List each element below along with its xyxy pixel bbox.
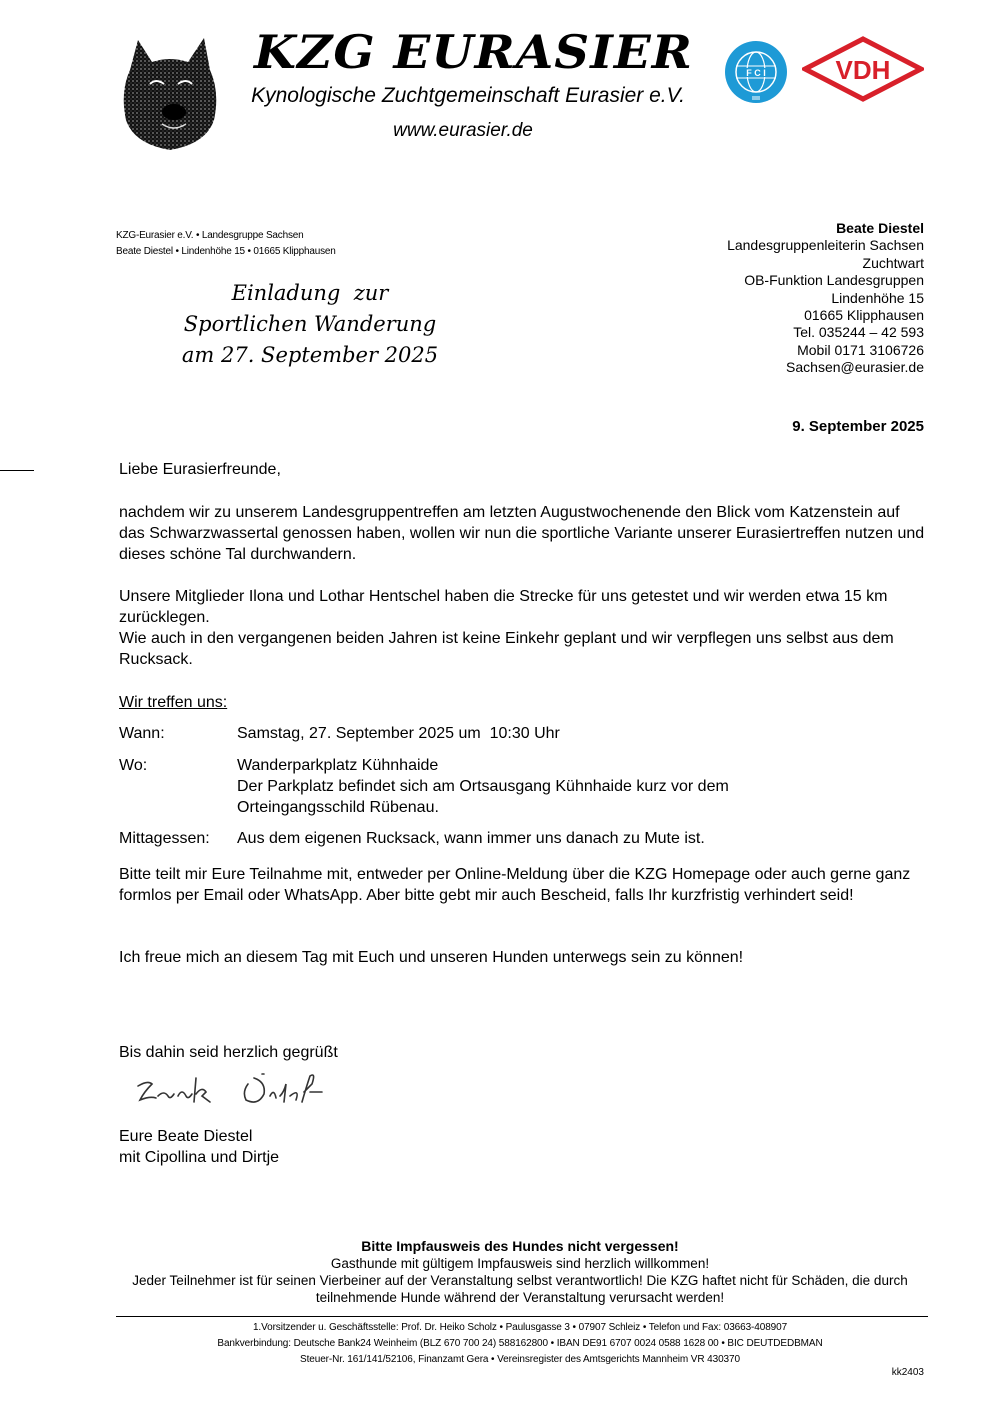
fold-mark [0, 470, 34, 471]
notice-guests: Gasthunde mit gültigem Impfausweis sind … [110, 1255, 930, 1272]
contact-mobile: Mobil 0171 3106726 [727, 342, 924, 359]
eurasier-dog-head-icon [116, 32, 224, 152]
sender-return-address: KZG-Eurasier e.V. • Landesgruppe Sachsen… [116, 228, 336, 260]
svg-text:VDH: VDH [836, 55, 891, 85]
where-value-line-1: Wanderparkplatz Kühnhaide [237, 755, 817, 776]
footer-bank: Bankverbindung: Deutsche Bank24 Weinheim… [110, 1336, 930, 1352]
where-value: Wanderparkplatz Kühnhaide Der Parkplatz … [237, 755, 817, 818]
footer-divider [116, 1316, 928, 1317]
paragraph-1: nachdem wir zu unserem Landesgruppentref… [119, 502, 929, 565]
notice-liability-2: teilnehmende Hunde während der Veranstal… [110, 1289, 930, 1306]
fci-logo-icon: F C I [724, 40, 788, 104]
paragraph-3: Bitte teilt mir Eure Teilnahme mit, entw… [119, 864, 929, 906]
sender-line-1: KZG-Eurasier e.V. • Landesgruppe Sachsen [116, 228, 336, 244]
contact-block: Beate Diestel Landesgruppenleiterin Sach… [727, 220, 924, 377]
notice-liability-1: Jeder Teilnehmer ist für seinen Vierbein… [110, 1272, 930, 1289]
letter-date: 9. September 2025 [792, 418, 924, 435]
notice-headline: Bitte Impfausweis des Hundes nicht verge… [110, 1238, 930, 1255]
signature-icon [130, 1066, 350, 1114]
invitation-line-3: am 27. September 2025 [160, 340, 460, 371]
footer-register: Steuer-Nr. 161/141/52106, Finanzamt Gera… [110, 1352, 930, 1368]
paragraph-4: Ich freue mich an diesem Tag mit Euch un… [119, 947, 929, 968]
document-code: kk2403 [892, 1367, 924, 1378]
greeting: Liebe Eurasierfreunde, [119, 459, 929, 480]
svg-text:F C I: F C I [746, 68, 766, 78]
contact-email[interactable]: Sachsen@eurasier.de [727, 359, 924, 376]
signer-block: Eure Beate Diestel mit Cipollina und Dir… [119, 1126, 929, 1168]
sender-line-2: Beate Diestel • Lindenhöhe 15 • 01665 Kl… [116, 244, 336, 260]
contact-role: Landesgruppenleiterin Sachsen [727, 237, 924, 254]
signer-name: Eure Beate Diestel [119, 1126, 929, 1147]
contact-phone: Tel. 035244 – 42 593 [727, 324, 924, 341]
paragraph-2-part-b: Wie auch in den vergangenen beiden Jahre… [119, 628, 929, 670]
when-value: Samstag, 27. September 2025 um 10:30 Uhr [237, 723, 917, 744]
contact-role-2: Zuchtwart [727, 255, 924, 272]
contact-role-3: OB-Funktion Landesgruppen [727, 272, 924, 289]
contact-street: Lindenhöhe 15 [727, 290, 924, 307]
contact-city: 01665 Klipphausen [727, 307, 924, 324]
lunch-value: Aus dem eigenen Rucksack, wann immer uns… [237, 828, 917, 849]
closing: Bis dahin seid herzlich gegrüßt [119, 1042, 929, 1063]
vaccination-notice: Bitte Impfausweis des Hundes nicht verge… [110, 1238, 930, 1306]
paragraph-2-part-a: Unsere Mitglieder Ilona und Lothar Hents… [119, 586, 929, 628]
when-label: Wann: [119, 723, 237, 744]
invitation-line-1: Einladung zur [160, 278, 460, 309]
invitation-title: Einladung zur Sportlichen Wanderung am 2… [160, 278, 460, 371]
contact-name: Beate Diestel [727, 220, 924, 237]
website-link[interactable]: www.eurasier.de [238, 118, 688, 144]
lunch-label: Mittagessen: [119, 828, 237, 849]
meeting-heading: Wir treffen uns: [119, 692, 929, 713]
vdh-logo-icon: VDH [802, 36, 924, 102]
paragraph-2: Unsere Mitglieder Ilona und Lothar Hents… [119, 586, 929, 670]
brand-subtitle: Kynologische Zuchtgemeinschaft Eurasier … [238, 82, 698, 110]
brand-title: KZG EURASIER [232, 24, 715, 80]
footer: 1.Vorsitzender u. Geschäftsstelle: Prof.… [110, 1320, 930, 1368]
invitation-line-2: Sportlichen Wanderung [160, 309, 460, 340]
where-value-line-2: Der Parkplatz befindet sich am Ortsausga… [237, 776, 817, 818]
footer-address: 1.Vorsitzender u. Geschäftsstelle: Prof.… [110, 1320, 930, 1336]
signer-dogs: mit Cipollina und Dirtje [119, 1147, 929, 1168]
where-label: Wo: [119, 755, 237, 776]
